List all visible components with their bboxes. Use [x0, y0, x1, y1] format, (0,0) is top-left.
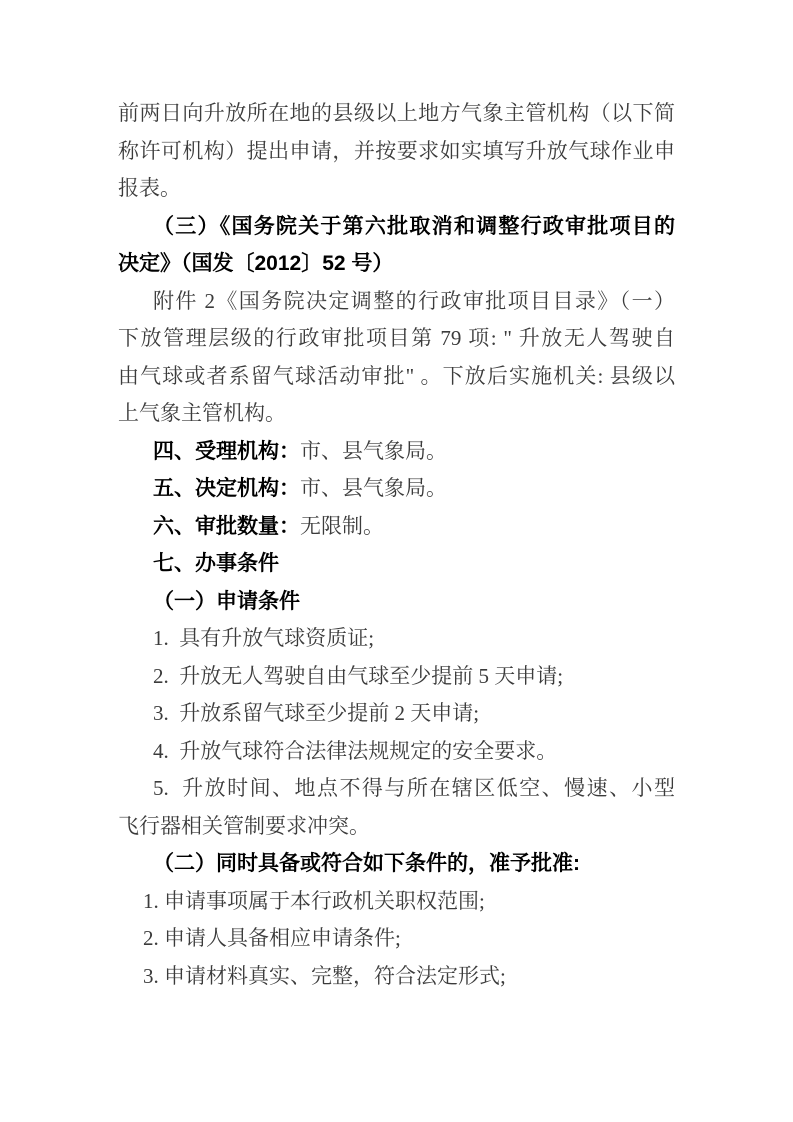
para-annex2-line-4: 上气象主管机构。 [118, 395, 675, 433]
approval-condition-1: 1. 申请事项属于本行政机关职权范围; [118, 883, 675, 921]
document-page: 前两日向升放所在地的县级以上地方气象主管机构（以下简称许可机构）提出申请，并按要… [0, 0, 793, 1122]
bold-text-run: （二）同时具备或符合如下条件的，准予批准: [153, 852, 580, 875]
bold-text-run: （三）《国务院关于第六批取消和调整行政审批项目的 [153, 215, 675, 238]
para-application-request-line-2: 称许可机构）提出申请，并按要求如实填写升放气球作业申 [118, 133, 675, 171]
text-run: 5. 升放时间、地点不得与所在辖区低空、慢速、小型 [153, 776, 675, 800]
text-run: 市、县气象局。 [300, 439, 447, 463]
document-content: 前两日向升放所在地的县级以上地方气象主管机构（以下简称许可机构）提出申请，并按要… [118, 95, 675, 995]
text-run: 前两日向升放所在地的县级以上地方气象主管机构（以下简 [118, 101, 675, 125]
text-run: 报表。 [118, 176, 181, 200]
text-run: 上气象主管机构。 [118, 401, 286, 425]
approval-condition-3: 3. 申请材料真实、完整，符合法定形式; [118, 958, 675, 996]
heading-approval-conditions: （二）同时具备或符合如下条件的，准予批准: [118, 845, 675, 883]
text-run: 1. 申请事项属于本行政机关职权范围; [143, 889, 485, 913]
approval-condition-2: 2. 申请人具备相应申请条件; [118, 920, 675, 958]
para-application-request-line-1: 前两日向升放所在地的县级以上地方气象主管机构（以下简 [118, 95, 675, 133]
text-run: 无限制。 [300, 514, 384, 538]
application-condition-2: 2. 升放无人驾驶自由气球至少提前 5 天申请; [118, 658, 675, 696]
heading-basis-3-line-1: （三）《国务院关于第六批取消和调整行政审批项目的 [118, 208, 675, 246]
text-run: 1. 具有升放气球资质证; [153, 626, 374, 650]
application-condition-5-line-1: 5. 升放时间、地点不得与所在辖区低空、慢速、小型 [118, 770, 675, 808]
bold-text-run: 六、审批数量： [153, 515, 300, 538]
application-condition-5-line-2: 飞行器相关管制要求冲突。 [118, 808, 675, 846]
para-application-request-line-3: 报表。 [118, 170, 675, 208]
text-run: 4. 升放气球符合法律法规规定的安全要求。 [153, 739, 557, 763]
application-condition-4: 4. 升放气球符合法律法规规定的安全要求。 [118, 733, 675, 771]
text-run: 飞行器相关管制要求冲突。 [118, 814, 370, 838]
item-approval-quantity: 六、审批数量：无限制。 [118, 508, 675, 546]
para-annex2-line-1: 附件 2《国务院决定调整的行政审批项目目录》（一） [118, 283, 675, 321]
bold-text-run: 决定》（国发〔2012〕52 号） [118, 252, 393, 275]
text-run: 下放管理层级的行政审批项目第 79 项: " 升放无人驾驶自 [118, 326, 675, 350]
item-accepting-authority: 四、受理机构：市、县气象局。 [118, 433, 675, 471]
text-run: 附件 2《国务院决定调整的行政审批项目目录》（一） [153, 289, 675, 313]
text-run: 称许可机构）提出申请，并按要求如实填写升放气球作业申 [118, 139, 675, 163]
heading-basis-3-line-2: 决定》（国发〔2012〕52 号） [118, 245, 675, 283]
text-run: 2. 申请人具备相应申请条件; [143, 926, 401, 950]
text-run: 市、县气象局。 [300, 476, 447, 500]
text-run: 由气球或者系留气球活动审批" 。下放后实施机关: 县级以 [118, 364, 675, 388]
application-condition-3: 3. 升放系留气球至少提前 2 天申请; [118, 695, 675, 733]
para-annex2-line-2: 下放管理层级的行政审批项目第 79 项: " 升放无人驾驶自 [118, 320, 675, 358]
bold-text-run: 五、决定机构： [153, 477, 300, 500]
heading-service-conditions: 七、办事条件 [118, 545, 675, 583]
text-run: 3. 升放系留气球至少提前 2 天申请; [153, 701, 479, 725]
item-deciding-authority: 五、决定机构：市、县气象局。 [118, 470, 675, 508]
bold-text-run: 四、受理机构： [153, 440, 300, 463]
bold-text-run: 七、办事条件 [153, 552, 279, 575]
para-annex2-line-3: 由气球或者系留气球活动审批" 。下放后实施机关: 县级以 [118, 358, 675, 396]
text-run: 2. 升放无人驾驶自由气球至少提前 5 天申请; [153, 664, 563, 688]
text-run: 3. 申请材料真实、完整，符合法定形式; [143, 964, 506, 988]
heading-application-conditions: （一）申请条件 [118, 583, 675, 621]
application-condition-1: 1. 具有升放气球资质证; [118, 620, 675, 658]
bold-text-run: （一）申请条件 [153, 590, 300, 613]
